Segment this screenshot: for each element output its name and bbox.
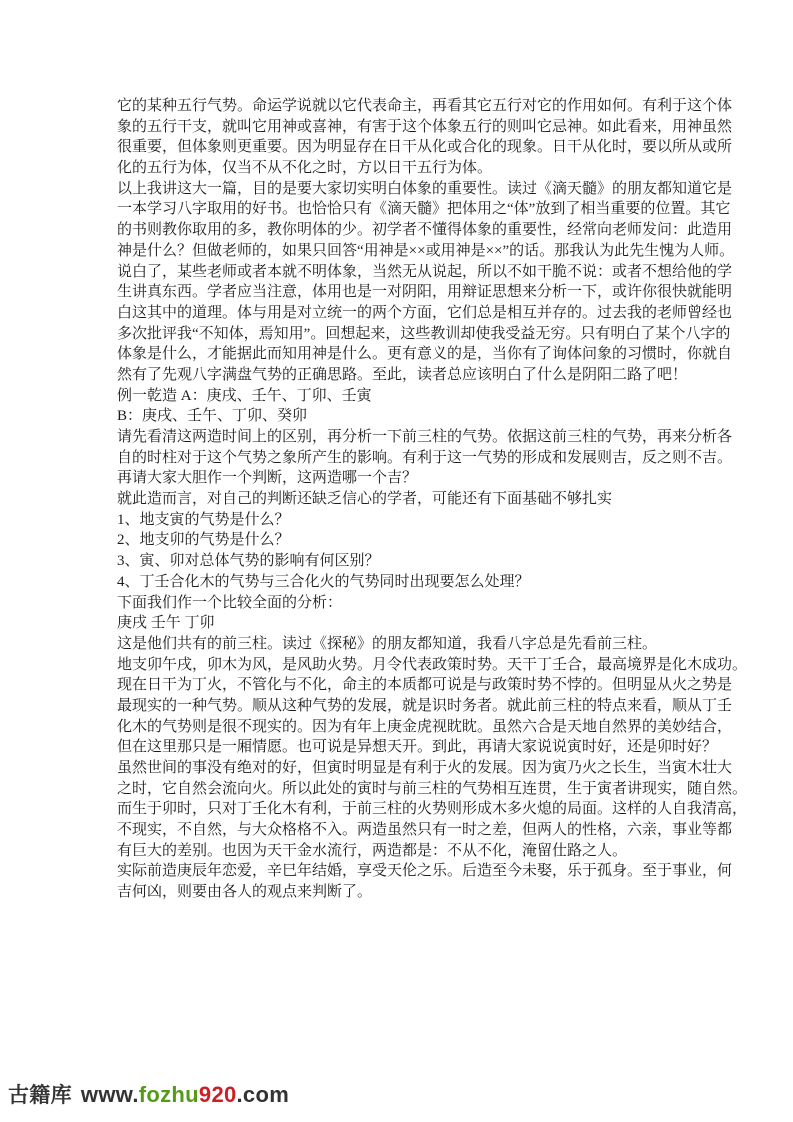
text-line: 它的某种五行气势。命运学说就以它代表命主，再看其它五行对它的作用如何。有利于这个… bbox=[117, 96, 713, 117]
text-line: 象的五行干支，就叫它用神或喜神，有害于这个体象五行的则叫它忌神。如此看来，用神虽… bbox=[117, 117, 713, 138]
text-line: 例一乾造 A：庚戌、壬午、丁卯、壬寅 bbox=[117, 386, 713, 407]
watermark-url-name: fozhu bbox=[139, 1082, 199, 1107]
watermark: 古籍库www.fozhu920.com bbox=[8, 1079, 289, 1109]
text-line: 的书则教你取用的多，教你明体的少。初学者不懂得体象的重要性，经常向老师发问：此造… bbox=[117, 220, 713, 241]
text-line: 自的时柱对于这个气势之象所产生的影响。有利于这一气势的形成和发展则吉，反之则不吉… bbox=[117, 448, 713, 469]
text-line: 请先看清这两造时间上的区别，再分析一下前三柱的气势。依据这前三柱的气势，再来分析… bbox=[117, 427, 713, 448]
text-line: 生讲真东西。学者应当注意，体用也是一对阴阳，用辩证思想来分析一下，或许你很快就能… bbox=[117, 282, 713, 303]
text-line: 最现实的一种气势。顺从这种气势的发展，就是识时务者。就此前三柱的特点来看，顺从丁… bbox=[117, 696, 713, 717]
text-line: 不现实，不自然，与大众格格不入。两造虽然只有一时之差，但两人的性格，六亲，事业等… bbox=[117, 820, 713, 841]
text-line: 吉何凶，则要由各人的观点来判断了。 bbox=[117, 882, 713, 903]
text-line: 1、地支寅的气势是什么？ bbox=[117, 510, 713, 531]
text-line: 地支卯午戌，卯木为风，是风助火势。月令代表政策时势。天干丁壬合，最高境界是化木成… bbox=[117, 655, 713, 676]
document-text: 它的某种五行气势。命运学说就以它代表命主，再看其它五行对它的作用如何。有利于这个… bbox=[117, 96, 713, 903]
text-line: 4、丁壬合化木的气势与三合化火的气势同时出现要怎么处理？ bbox=[117, 572, 713, 593]
text-line: 这是他们共有的前三柱。读过《探秘》的朋友都知道，我看八字总是先看前三柱。 bbox=[117, 634, 713, 655]
text-line: 白这其中的道理。体与用是对立统一的两个方面，它们总是相互并存的。过去我的老师曾经… bbox=[117, 303, 713, 324]
text-line: 就此造而言，对自己的判断还缺乏信心的学者，可能还有下面基础不够扎实 bbox=[117, 489, 713, 510]
text-line: 庚戌 壬午 丁卯 bbox=[117, 613, 713, 634]
text-line: 化木的气势则是很不现实的。因为有年上庚金虎视眈眈。虽然六合是天地自然界的美妙结合… bbox=[117, 717, 713, 738]
watermark-url-number: 920 bbox=[199, 1082, 237, 1107]
watermark-url-tld: .com bbox=[237, 1082, 290, 1107]
text-line: 而生于卯时，只对丁壬化木有利，于前三柱的火势则形成木多火熄的局面。这样的人自我清… bbox=[117, 799, 713, 820]
watermark-url-www: www. bbox=[81, 1082, 139, 1107]
text-line: 3、寅、卯对总体气势的影响有何区别？ bbox=[117, 551, 713, 572]
text-line: 实际前造庚辰年恋爱，辛巳年结婚，享受天伦之乐。后造至今未娶，乐于孤身。至于事业，… bbox=[117, 861, 713, 882]
text-line: 但在这里那只是一厢情愿。也可说是异想天开。到此，再请大家说说寅时好，还是卯时好？ bbox=[117, 737, 713, 758]
text-line: 说白了，某些老师或者本就不明体象，当然无从说起，所以不如干脆不说：或者不想给他的… bbox=[117, 262, 713, 283]
text-line: 以上我讲这大一篇，目的是要大家切实明白体象的重要性。读过《滴天髓》的朋友都知道它… bbox=[117, 179, 713, 200]
text-line: 很重要，但体象则更重要。因为明显存在日干从化或合化的现象。日干从化时，要以所从或… bbox=[117, 137, 713, 158]
text-line: 之时，它自然会流向火。所以此处的寅时与前三柱的气势相互连贯，生于寅者讲现实，随自… bbox=[117, 779, 713, 800]
text-line: B：庚戌、壬午、丁卯、癸卯 bbox=[117, 406, 713, 427]
text-line: 有巨大的差别。也因为天干金水流行，两造都是：不从不化，淹留仕路之人。 bbox=[117, 841, 713, 862]
text-line: 虽然世间的事没有绝对的好，但寅时明显是有利于火的发展。因为寅乃火之长生，当寅木壮… bbox=[117, 758, 713, 779]
text-line: 多次批评我“不知体，焉知用”。回想起来，这些教训却使我受益无穷。只有明白了某个八… bbox=[117, 324, 713, 345]
text-line: 2、地支卯的气势是什么？ bbox=[117, 530, 713, 551]
text-line: 再请大家大胆作一个判断，这两造哪一个吉？ bbox=[117, 468, 713, 489]
text-line: 体象是什么，才能据此而知用神是什么。更有意义的是，当你有了询体问象的习惯时，你就… bbox=[117, 344, 713, 365]
document-page: 它的某种五行气势。命运学说就以它代表命主，再看其它五行对它的作用如何。有利于这个… bbox=[0, 0, 793, 1122]
watermark-site-name: 古籍库 bbox=[8, 1084, 72, 1107]
text-line: 化的五行为体，仅当不从不化之时，方以日干五行为体。 bbox=[117, 158, 713, 179]
text-line: 现在日干为丁火，不管化与不化，命主的本质都可说是与政策时势不悖的。但明显从火之势… bbox=[117, 675, 713, 696]
text-line: 一本学习八字取用的好书。也恰恰只有《滴天髓》把体用之“体”放到了相当重要的位置。… bbox=[117, 199, 713, 220]
text-line: 然有了先观八字满盘气势的正确思路。至此，读者总应该明白了什么是阴阳二路了吧！ bbox=[117, 365, 713, 386]
text-line: 神是什么？但做老师的，如果只回答“用神是××或用神是××”的话。那我认为此先生愧… bbox=[117, 241, 713, 262]
text-line: 下面我们作一个比较全面的分析： bbox=[117, 593, 713, 614]
